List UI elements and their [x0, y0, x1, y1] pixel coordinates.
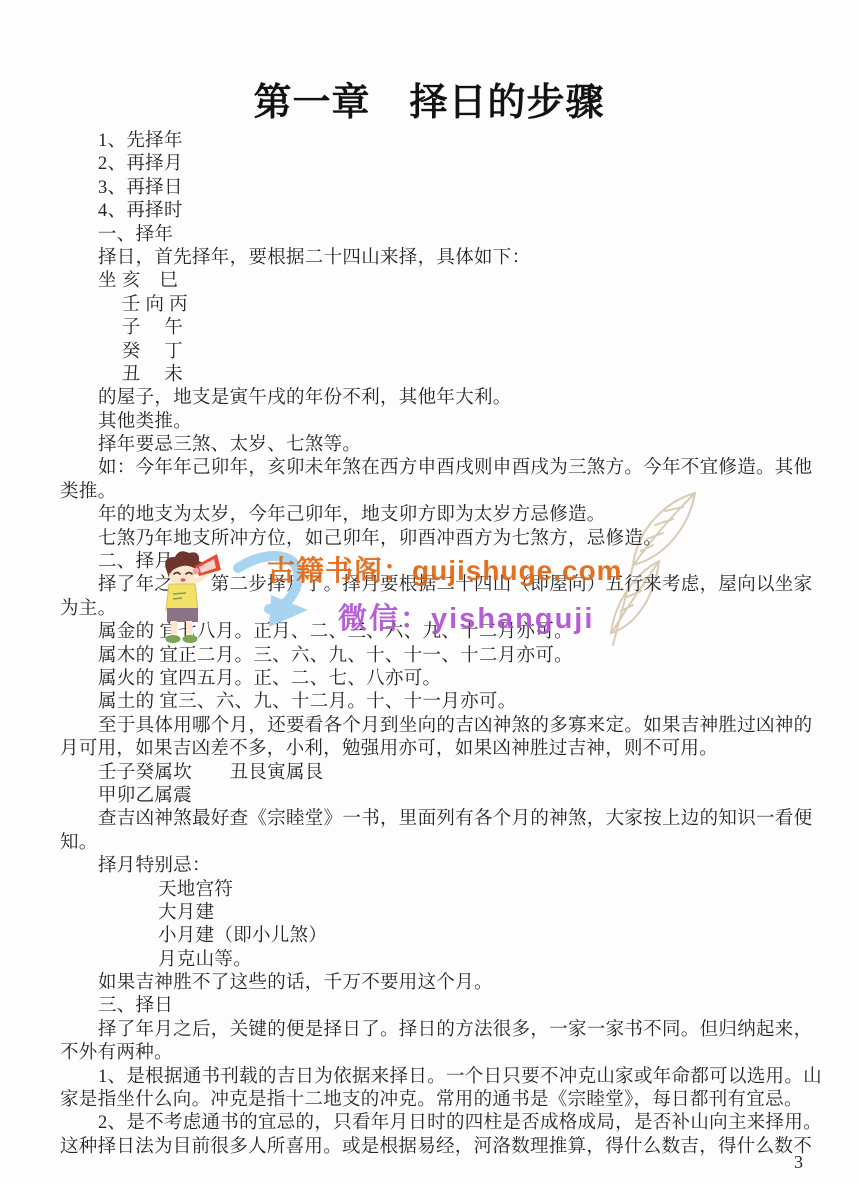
text-line: 这种择日法为目前很多人所喜用。或是根据易经，河洛数理推算，得什么数吉，得什么数不: [60, 1136, 820, 1159]
text-line: 择年要忌三煞、太岁、七煞等。: [60, 434, 820, 457]
text-line: 1、是根据通书刊载的吉日为依据来择日。一个日只要不冲克山家或年命都可以选用。山: [60, 1066, 820, 1089]
text-line: 天地宫符: [60, 879, 820, 902]
text-line: 择了年月之后，关键的便是择日了。择日的方法很多，一家一家书不同。但归纳起来，: [60, 1019, 820, 1042]
text-line: 癸 丁: [60, 341, 820, 364]
text-line: 一、择年: [60, 224, 820, 247]
text-line: 2、再择月: [60, 153, 820, 176]
text-line: 属木的 宜正二月。三、六、九、十、十一、十二月亦可。: [60, 645, 820, 668]
text-line: 壬子癸属坎 丑艮寅属艮: [60, 762, 820, 785]
text-line: 3、再择日: [60, 177, 820, 200]
text-line: 不外有两种。: [60, 1042, 820, 1065]
text-line: 甲卯乙属震: [60, 785, 820, 808]
text-line: 大月建: [60, 902, 820, 925]
text-line: 择日，首先择年，要根据二十四山来择，具体如下：: [60, 247, 820, 270]
text-line: 2、是不考虑通书的宜忌的，只看年月日时的四柱是否成格成局，是否补山向主来择用。: [60, 1112, 820, 1135]
document-page: 第一章 择日的步骤 1、先择年2、再择月3、再择日4、再择时一、择年择日，首先择…: [0, 0, 858, 1184]
text-line: 4、再择时: [60, 200, 820, 223]
text-line: 壬 向 丙: [60, 294, 820, 317]
text-line: 至于具体用哪个月，还要看各个月到坐向的吉凶神煞的多寡来定。如果吉神胜过凶神的: [60, 715, 820, 738]
text-line: 的屋子，地支是寅午戌的年份不利，其他年大利。: [60, 387, 820, 410]
megaphone-kid-illustration: [153, 548, 233, 648]
text-line: 知。: [60, 832, 820, 855]
text-line: 子 午: [60, 317, 820, 340]
watermark-wechat: 微信：yishanguji: [338, 596, 594, 637]
chapter-title: 第一章 择日的步骤: [0, 71, 858, 126]
text-line: 坐 亥 巳: [60, 270, 820, 293]
text-line: 类推。: [60, 481, 820, 504]
text-line: 小月建（即小儿煞）: [60, 925, 820, 948]
text-line: 其他类推。: [60, 411, 820, 434]
text-line: 年的地支为太岁，今年己卯年，地支卯方即为太岁方忌修造。: [60, 504, 820, 527]
text-line: 如果吉神胜不了这些的话，千万不要用这个月。: [60, 972, 820, 995]
page-number: 3: [794, 1152, 803, 1173]
text-line: 属土的 宜三、六、九、十二月。十、十一月亦可。: [60, 691, 820, 714]
watermark-site: 古籍书阁：gujishuge.com: [267, 549, 623, 589]
text-line: 如：今年年己卯年，亥卯未年煞在西方申酉戌则申酉戌为三煞方。今年不宜修造。其他: [60, 457, 820, 480]
text-line: 丑 未: [60, 364, 820, 387]
text-line: 属火的 宜四五月。正、二、七、八亦可。: [60, 668, 820, 691]
text-line: 月克山等。: [60, 949, 820, 972]
text-line: 三、择日: [60, 995, 820, 1018]
text-line: 择月特别忌：: [60, 855, 820, 878]
text-line: 月可用，如果吉凶差不多，小利，勉强用亦可，如果凶神胜过吉神，则不可用。: [60, 738, 820, 761]
text-line: 查吉凶神煞最好查《宗睦堂》一书，里面列有各个月的神煞，大家按上边的知识一看便: [60, 808, 820, 831]
text-line: 1、先择年: [60, 130, 820, 153]
text-line: 家是指坐什么向。冲克是指十二地支的冲克。常用的通书是《宗睦堂》，每日都刊有宜忌。: [60, 1089, 820, 1112]
